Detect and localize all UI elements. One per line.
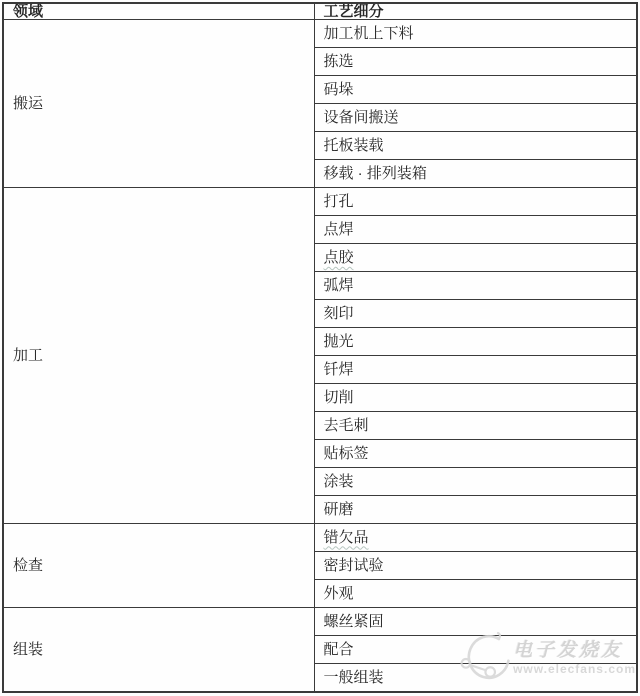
process-item-cell: 设备间搬送 bbox=[314, 103, 637, 131]
process-item-cell: 拣选 bbox=[314, 47, 637, 75]
process-item-cell: 错欠品 bbox=[314, 523, 637, 551]
process-item-label: 设备间搬送 bbox=[324, 109, 399, 126]
process-item-label: 码垛 bbox=[324, 81, 354, 98]
process-item-label: 钎焊 bbox=[324, 361, 354, 378]
process-item-cell: 配合 bbox=[314, 635, 637, 663]
process-item-cell: 点焊 bbox=[314, 215, 637, 243]
category-cell-2: 检查 bbox=[3, 523, 314, 607]
process-item-label: 托板装载 bbox=[324, 137, 384, 154]
process-item-cell: 弧焊 bbox=[314, 271, 637, 299]
column-header-domain: 领域 bbox=[3, 3, 314, 20]
category-cell-3: 组装 bbox=[3, 607, 314, 692]
process-item-label: 点焊 bbox=[324, 221, 354, 238]
process-item-label: 打孔 bbox=[324, 193, 354, 210]
process-item-label: 涂装 bbox=[324, 473, 354, 490]
process-item-label: 贴标签 bbox=[324, 445, 369, 462]
table-body: 搬运加工机上下料拣选码垛设备间搬送托板装载移载 · 排列装箱加工打孔点焊点胶弧焊… bbox=[3, 20, 637, 693]
process-item-cell: 切削 bbox=[314, 383, 637, 411]
process-item-label: 弧焊 bbox=[324, 277, 354, 294]
process-item-label: 切削 bbox=[324, 389, 354, 406]
process-item-label: 外观 bbox=[324, 585, 354, 602]
process-item-label: 去毛刺 bbox=[324, 417, 369, 434]
process-item-cell: 托板装载 bbox=[314, 131, 637, 159]
process-item-label: 抛光 bbox=[324, 333, 354, 350]
process-item-cell: 研磨 bbox=[314, 495, 637, 523]
process-item-cell: 移载 · 排列装箱 bbox=[314, 159, 637, 187]
process-item-cell: 点胶 bbox=[314, 243, 637, 271]
process-item-cell: 钎焊 bbox=[314, 355, 637, 383]
process-item-label: 刻印 bbox=[324, 305, 354, 322]
process-item-cell: 贴标签 bbox=[314, 439, 637, 467]
process-item-cell: 打孔 bbox=[314, 187, 637, 215]
process-item-label: 移载 · 排列装箱 bbox=[324, 165, 427, 182]
process-item-cell: 抛光 bbox=[314, 327, 637, 355]
process-item-label: 错欠品 bbox=[324, 529, 369, 546]
process-item-label: 一般组装 bbox=[324, 669, 384, 686]
process-item-label: 拣选 bbox=[324, 53, 354, 70]
process-item-cell: 涂装 bbox=[314, 467, 637, 495]
process-item-label: 研磨 bbox=[324, 501, 354, 518]
table-row: 搬运加工机上下料 bbox=[3, 20, 637, 48]
column-header-process: 工艺细分 bbox=[314, 3, 637, 20]
process-item-cell: 加工机上下料 bbox=[314, 20, 637, 48]
process-item-cell: 螺丝紧固 bbox=[314, 607, 637, 635]
process-item-cell: 刻印 bbox=[314, 299, 637, 327]
category-cell-0: 搬运 bbox=[3, 20, 314, 188]
table-row: 组装螺丝紧固 bbox=[3, 607, 637, 635]
process-item-label: 密封试验 bbox=[324, 557, 384, 574]
process-table: 领域 工艺细分 搬运加工机上下料拣选码垛设备间搬送托板装载移载 · 排列装箱加工… bbox=[2, 2, 638, 693]
process-item-cell: 码垛 bbox=[314, 75, 637, 103]
process-item-cell: 去毛刺 bbox=[314, 411, 637, 439]
category-cell-1: 加工 bbox=[3, 187, 314, 523]
process-item-label: 螺丝紧固 bbox=[324, 613, 384, 630]
process-item-label: 配合 bbox=[324, 641, 354, 658]
table-row: 加工打孔 bbox=[3, 187, 637, 215]
process-item-label: 加工机上下料 bbox=[324, 25, 414, 42]
process-item-cell: 一般组装 bbox=[314, 663, 637, 692]
process-item-cell: 密封试验 bbox=[314, 551, 637, 579]
page: 领域 工艺细分 搬运加工机上下料拣选码垛设备间搬送托板装载移载 · 排列装箱加工… bbox=[0, 0, 640, 696]
table-row: 检查错欠品 bbox=[3, 523, 637, 551]
process-item-cell: 外观 bbox=[314, 579, 637, 607]
process-item-label: 点胶 bbox=[324, 249, 354, 266]
header-row: 领域 工艺细分 bbox=[3, 3, 637, 20]
